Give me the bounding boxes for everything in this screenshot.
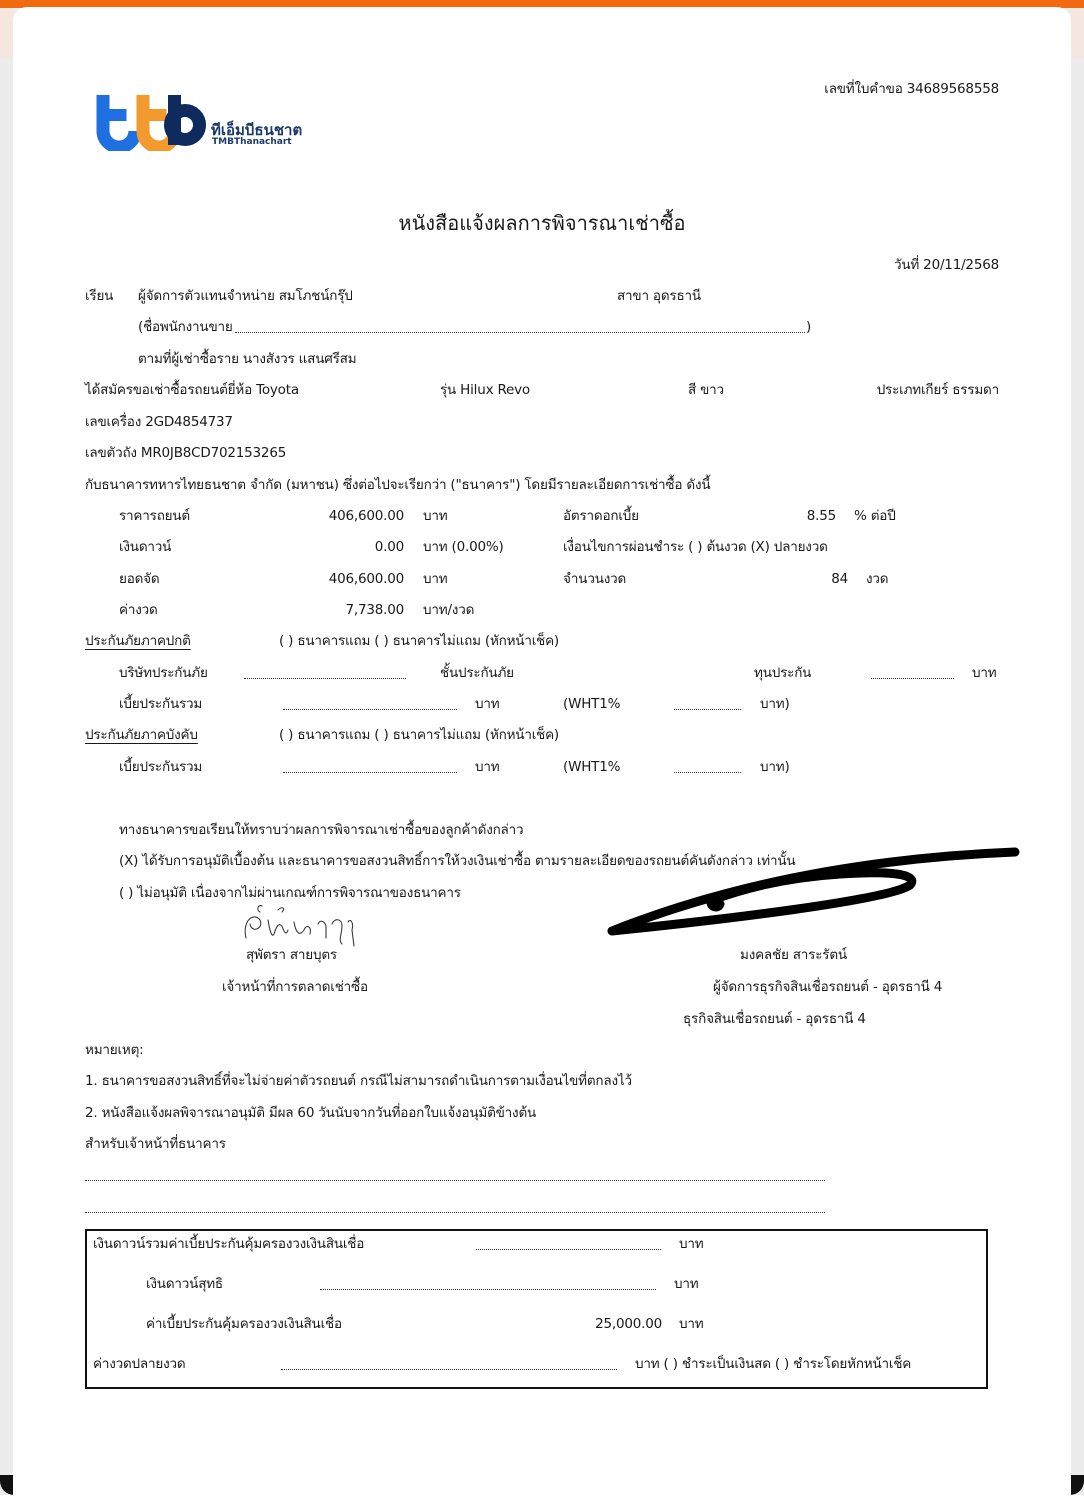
installments-label: จำนวนงวด	[563, 570, 626, 588]
car-price-unit: บาท	[423, 507, 447, 525]
salesperson-blank	[235, 331, 805, 333]
insurance-class-label: ชั้นประกันภัย	[440, 664, 514, 682]
car-price-value: 406,600.00	[280, 507, 404, 525]
compulsory-premium-label: เบี้ยประกันรวม	[119, 758, 202, 776]
salesperson-label: (ชื่อพนักงานขาย	[138, 318, 233, 336]
down-payment-value: 0.00	[280, 538, 404, 556]
finance-amount-value: 406,600.00	[280, 570, 404, 588]
chassis-number: เลขตัวถัง MR0JB8CD702153265	[85, 444, 286, 462]
voluntary-insurance-heading: ประกันภัยภาคปกติ	[85, 632, 191, 650]
total-down-label: เงินดาวน์รวมค่าเบี้ยประกันคุ้มครองวงเงิน…	[93, 1235, 364, 1253]
document-title: หนังสือแจ้งผลการพิจารณาเช่าซื้อ	[0, 210, 1084, 236]
voluntary-wht-close: บาท)	[760, 695, 790, 713]
insurer-label: บริษัทประกันภัย	[119, 664, 208, 682]
installment-unit: บาท/งวด	[423, 601, 474, 619]
installments-unit: งวด	[866, 570, 888, 588]
finance-amount-label: ยอดจัด	[119, 570, 159, 588]
installment-label: ค่างวด	[119, 601, 158, 619]
salutation-label: เรียน	[85, 287, 113, 305]
credit-premium-value: 25,000.00	[540, 1315, 662, 1333]
viewer-bottom	[0, 1495, 1084, 1511]
payment-condition: เงื่อนไขการผ่อนชำระ ( ) ต้นงวด (X) ปลายง…	[563, 538, 828, 556]
credit-premium-unit: บาท	[679, 1315, 703, 1333]
vehicle-color: สี ขาว	[688, 381, 724, 399]
compulsory-insurance-heading: ประกันภัยภาคบังคับ	[85, 726, 198, 744]
document-date: วันที่ 20/11/2568	[894, 256, 999, 274]
sum-insured-label: ทุนประกัน	[754, 664, 811, 682]
right-signer-position: ผู้จัดการธุรกิจสินเชื่อรถยนต์ - อุดรธานี…	[713, 978, 942, 996]
result-intro: ทางธนาคารขอเรียนให้ทราบว่าผลการพิจารณาเช…	[119, 821, 523, 839]
voluntary-insurance-options: ( ) ธนาคารแถม ( ) ธนาคารไม่แถม (หักหน้าเ…	[279, 632, 559, 650]
notes-heading: หมายเหตุ:	[85, 1041, 144, 1059]
compulsory-wht-label: (WHT1%	[563, 758, 620, 776]
compulsory-premium-unit: บาท	[475, 758, 499, 776]
finance-amount-unit: บาท	[423, 570, 447, 588]
application-number: เลขที่ใบคำขอ 34689568558	[824, 80, 999, 98]
logo-english-name: TMBThanachart	[212, 137, 292, 147]
recipient: ผู้จัดการตัวแทนจำหน่าย สมโภชน์กรุ๊ป	[138, 287, 353, 305]
compulsory-wht-close: บาท)	[760, 758, 790, 776]
note-2: 2. หนังสือแจ้งผลพิจารณาอนุมัติ มีผล 60 ว…	[85, 1104, 536, 1122]
down-payment-unit: บาท (0.00%)	[423, 538, 504, 556]
credit-premium-label: ค่าเบี้ยประกันคุ้มครองวงเงินสินเชื่อ	[146, 1315, 342, 1333]
right-signature-scribble-icon	[600, 840, 1030, 945]
compulsory-insurance-options: ( ) ธนาคารแถม ( ) ธนาคารไม่แถม (หักหน้าเ…	[279, 726, 559, 744]
net-down-label: เงินดาวน์สุทธิ	[146, 1275, 223, 1293]
right-signer-department: ธุรกิจสินเชื่อรถยนต์ - อุดรธานี 4	[683, 1010, 866, 1028]
compulsory-premium-blank	[283, 771, 457, 773]
installment-value: 7,738.00	[280, 601, 404, 619]
voluntary-premium-blank	[283, 708, 457, 710]
insurer-blank	[244, 677, 406, 679]
total-down-unit: บาท	[679, 1235, 703, 1253]
branch: สาขา อุดรธานี	[617, 287, 701, 305]
engine-number: เลขเครื่อง 2GD4854737	[85, 413, 233, 431]
viewer-edge-left	[0, 8, 13, 58]
voluntary-premium-label: เบี้ยประกันรวม	[119, 695, 202, 713]
final-installment-label: ค่างวดปลายงวด	[93, 1355, 185, 1373]
salesperson-close: )	[806, 318, 811, 336]
note-1: 1. ธนาคารขอสงวนสิทธิ์ที่จะไม่จ่ายค่าตัวร…	[85, 1072, 632, 1090]
installments-value: 84	[760, 570, 848, 588]
final-installment-options: บาท ( ) ชำระเป็นเงินสด ( ) ชำระโดยหักหน้…	[635, 1355, 911, 1373]
interest-label: อัตราดอกเบี้ย	[563, 507, 639, 525]
vehicle-brand: ได้สมัครขอเช่าซื้อรถยนต์ยี่ห้อ Toyota	[85, 381, 299, 399]
total-down-blank	[476, 1248, 661, 1250]
voluntary-wht-label: (WHT1%	[563, 695, 620, 713]
left-signer-position: เจ้าหน้าที่การตลาดเช่าซื้อ	[222, 978, 368, 996]
sum-insured-unit: บาท	[972, 664, 996, 682]
bank-clause: กับธนาคารทหารไทยธนชาต จำกัด (มหาชน) ซึ่ง…	[85, 476, 710, 494]
lessee: ตามที่ผู้เช่าซื้อราย นางสังวร แสนศรีสม	[138, 350, 356, 368]
vehicle-gear: ประเภทเกียร์ ธรรมดา	[877, 381, 999, 399]
staff-only-label: สำหรับเจ้าหน้าที่ธนาคาร	[85, 1135, 226, 1153]
staff-blank-2	[85, 1211, 825, 1213]
net-down-blank	[320, 1288, 656, 1290]
voluntary-premium-unit: บาท	[475, 695, 499, 713]
voluntary-wht-blank	[674, 708, 741, 710]
compulsory-wht-blank	[674, 771, 741, 773]
viewer-edge-right	[1071, 8, 1084, 58]
staff-blank-1	[85, 1179, 825, 1181]
down-payment-label: เงินดาวน์	[119, 538, 171, 556]
net-down-unit: บาท	[674, 1275, 698, 1293]
car-price-label: ราคารถยนต์	[119, 507, 190, 525]
interest-value: 8.55	[760, 507, 836, 525]
final-installment-blank	[281, 1368, 617, 1370]
right-signer-name: มงคลชัย สาระรัตน์	[740, 946, 847, 964]
sum-insured-blank	[871, 677, 954, 679]
left-handwritten-signature-icon	[238, 900, 358, 950]
left-signer-name: สุพัตรา สายบุตร	[246, 946, 337, 964]
vehicle-model: รุ่น Hilux Revo	[440, 381, 530, 399]
interest-unit: % ต่อปี	[854, 507, 896, 525]
